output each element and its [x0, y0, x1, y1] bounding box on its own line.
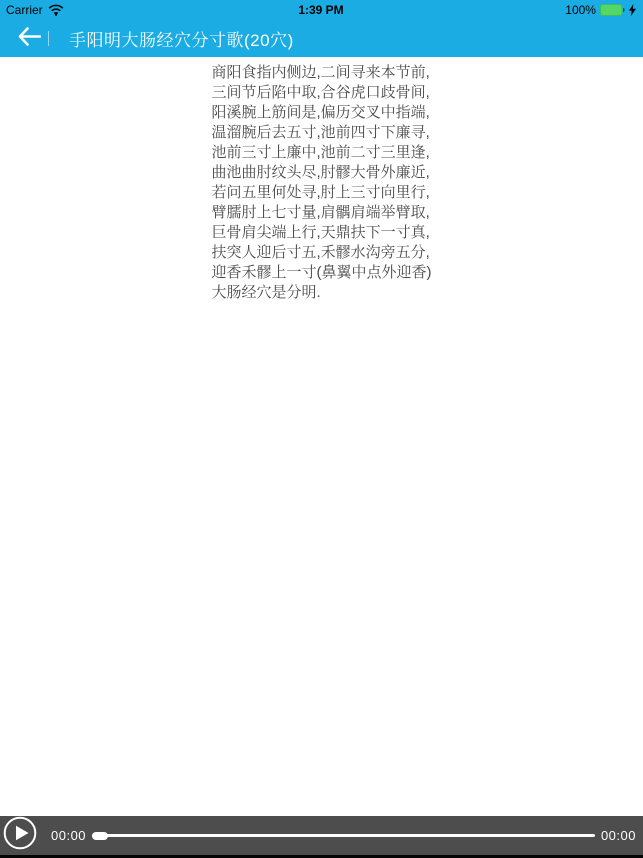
nav-bar: 手阳明大肠经穴分寸歌(20穴)	[0, 20, 643, 57]
poem-line: 大肠经穴是分明.	[212, 283, 432, 303]
back-button[interactable]	[14, 24, 44, 54]
poem-line: 池前三寸上廉中,池前二寸三里逢,	[212, 143, 432, 163]
status-right: 100%	[506, 3, 636, 17]
poem-line: 若问五里何处寻,肘上三寸向里行,	[212, 183, 432, 203]
poem-text: 商阳食指内侧边,二间寻来本节前, 三间节后陷中取,合谷虎口歧骨间, 阳溪腕上筋间…	[212, 63, 432, 303]
carrier-label: Carrier	[6, 3, 43, 17]
wifi-icon	[48, 4, 64, 16]
app-window: Carrier 1:39 PM 100%	[0, 0, 643, 858]
poem-line: 阳溪腕上筋间是,偏历交叉中指端,	[212, 103, 432, 123]
slider-track[interactable]	[92, 834, 595, 837]
slider-thumb[interactable]	[92, 832, 108, 840]
battery-percent-label: 100%	[565, 3, 596, 17]
poem-line: 曲池曲肘纹头尽,肘髎大骨外廉近,	[212, 163, 432, 183]
total-time-label: 00:00	[601, 828, 636, 843]
play-button[interactable]	[3, 819, 37, 853]
status-left: Carrier	[6, 3, 136, 17]
back-arrow-icon	[18, 27, 41, 51]
poem-line: 三间节后陷中取,合谷虎口歧骨间,	[212, 83, 432, 103]
audio-progress-slider[interactable]	[92, 829, 595, 843]
clock-label: 1:39 PM	[298, 3, 343, 17]
poem-line: 商阳食指内侧边,二间寻来本节前,	[212, 63, 432, 83]
page-title: 手阳明大肠经穴分寸歌(20穴)	[69, 26, 294, 51]
current-time-label: 00:00	[51, 828, 86, 843]
poem-line: 温溜腕后去五寸,池前四寸下廉寻,	[212, 123, 432, 143]
poem-line: 迎香禾髎上一寸(鼻翼中点外迎香)	[212, 263, 432, 283]
charging-bolt-icon	[629, 4, 636, 16]
play-icon	[3, 816, 37, 855]
battery-icon	[600, 4, 625, 16]
content-area: 商阳食指内侧边,二间寻来本节前, 三间节后陷中取,合谷虎口歧骨间, 阳溪腕上筋间…	[0, 57, 643, 816]
poem-line: 扶突人迎后寸五,禾髎水沟旁五分,	[212, 243, 432, 263]
poem-line: 巨骨肩尖端上行,天鼎扶下一寸真,	[212, 223, 432, 243]
audio-player-bar: 00:00 00:00	[0, 816, 643, 855]
poem-line: 臂臑肘上七寸量,肩髃肩端举臂取,	[212, 203, 432, 223]
nav-separator	[48, 31, 49, 46]
status-bar: Carrier 1:39 PM 100%	[0, 0, 643, 20]
